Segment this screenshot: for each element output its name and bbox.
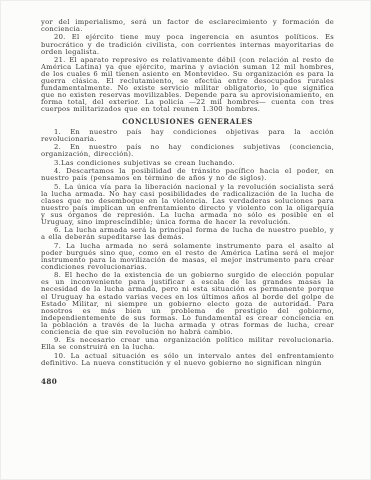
paragraph-21: 21. El aparato represivo es relativament…: [41, 57, 334, 113]
paragraph-20: 20. El ejército tiene muy poca ingerenci…: [41, 34, 334, 55]
conclusion-4: 4. Descartamos la posibilidad de tránsit…: [41, 168, 334, 182]
conclusion-2: 2. En nuestro país no hay condiciones su…: [41, 144, 334, 158]
conclusion-10: 10. La actual situación es sólo un inter…: [41, 353, 334, 367]
conclusion-7: 7. La lucha armada no será solamente ins…: [41, 243, 334, 271]
conclusion-3: 3.Las condiciones subjetivas se crean lu…: [41, 160, 334, 167]
page-number: 480: [41, 377, 334, 386]
conclusion-5: 5. La única vía para la liberación nacio…: [41, 184, 334, 226]
conclusion-8: 8. El hecho de la existencia de un gobie…: [41, 272, 334, 335]
conclusion-1: 1. En nuestro país hay condiciones objet…: [41, 129, 334, 143]
section-heading: CONCLUSIONES GENERALES: [41, 117, 334, 126]
conclusion-9: 9. Es necesario crear una organización p…: [41, 337, 334, 351]
text-column: yor del imperialismo, será un factor de …: [41, 19, 334, 386]
paragraph-continuation: yor del imperialismo, será un factor de …: [41, 19, 334, 33]
scanned-document-page: yor del imperialismo, será un factor de …: [0, 0, 371, 480]
conclusion-6: 6. La lucha armada será la principal for…: [41, 227, 334, 241]
